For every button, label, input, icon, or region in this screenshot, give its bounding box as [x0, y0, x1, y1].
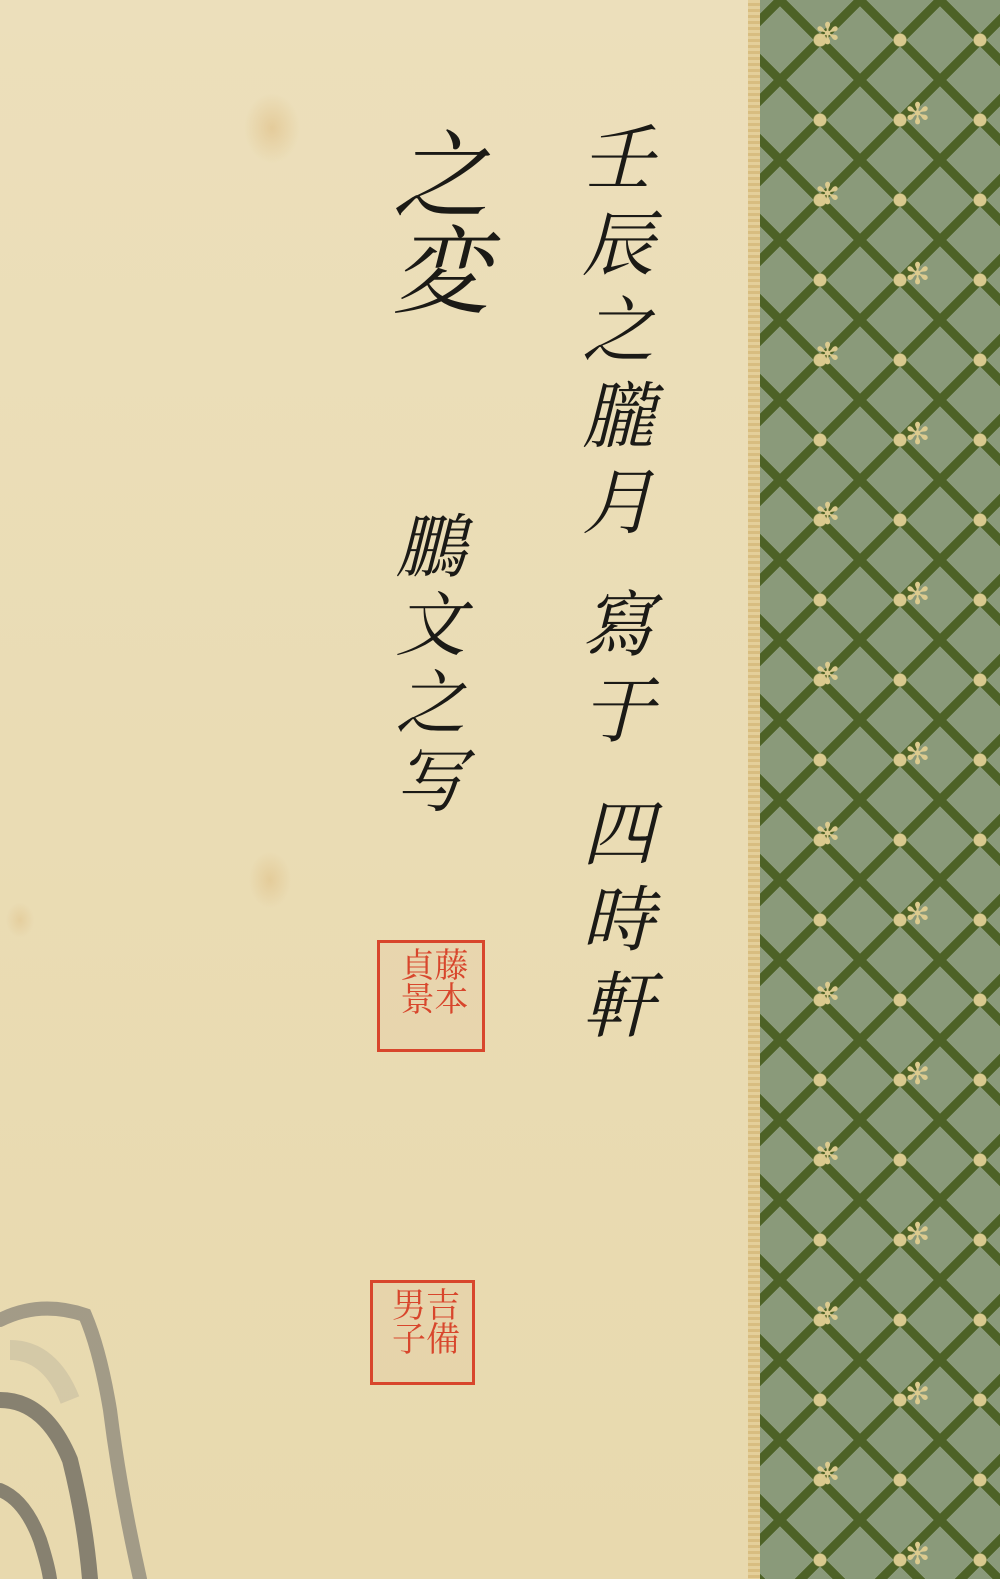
flower-icon: ✻: [905, 740, 930, 770]
inscription-main-column: 壬辰之朧月 寫于 四時軒: [560, 120, 664, 1054]
flower-icon: ✻: [815, 500, 840, 530]
flower-icon: ✻: [815, 820, 840, 850]
flower-icon: ✻: [905, 100, 930, 130]
flower-icon: ✻: [815, 340, 840, 370]
flower-icon: ✻: [815, 1300, 840, 1330]
flower-icon: ✻: [905, 580, 930, 610]
flower-icon: ✻: [905, 1380, 930, 1410]
artist-signature: 鵬文之写: [375, 510, 476, 822]
flower-icon: ✻: [815, 980, 840, 1010]
mounting-edge-strip: [748, 0, 760, 1579]
flower-icon: ✻: [815, 180, 840, 210]
artist-seal-1: 藤本 貞景: [377, 940, 485, 1052]
flower-icon: ✻: [905, 1060, 930, 1090]
hanging-scroll: 壬辰之朧月 寫于 四時軒 之変 鵬文之写 藤本 貞景 吉備 男子 ✻ ✻ ✻ ✻…: [0, 0, 1000, 1579]
inscription-sub-column: 之変: [365, 125, 502, 317]
flower-icon: ✻: [905, 260, 930, 290]
flower-icon: ✻: [905, 1220, 930, 1250]
flower-icon: ✻: [905, 1540, 930, 1570]
brocade-flower-motifs: ✻ ✻ ✻ ✻ ✻ ✻ ✻ ✻ ✻ ✻ ✻ ✻ ✻ ✻ ✻ ✻ ✻ ✻ ✻ ✻: [760, 0, 1000, 1579]
flower-icon: ✻: [905, 420, 930, 450]
flower-icon: ✻: [815, 1460, 840, 1490]
flower-icon: ✻: [815, 20, 840, 50]
flower-icon: ✻: [815, 1140, 840, 1170]
artist-seal-2: 吉備 男子: [370, 1280, 475, 1385]
flower-icon: ✻: [905, 900, 930, 930]
ink-rock-painting: [0, 1290, 160, 1579]
flower-icon: ✻: [815, 660, 840, 690]
